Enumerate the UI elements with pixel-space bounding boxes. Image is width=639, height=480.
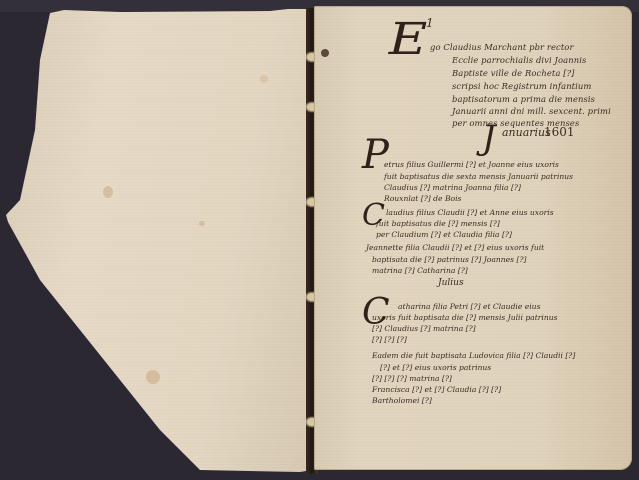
entry-line: per Claudium [?] et Claudia filia [?] bbox=[376, 230, 512, 239]
header-line: scripsi hoc Registrum infantium bbox=[452, 81, 591, 91]
entry-line: Rouxnlat [?] de Bois bbox=[384, 194, 461, 203]
entry-line: [?] [?] [?] bbox=[372, 335, 407, 344]
header-line: baptisatorum a prima die mensis bbox=[452, 94, 595, 104]
foxing-stain bbox=[260, 75, 268, 83]
month-initial: J bbox=[482, 118, 496, 158]
foxing-stain bbox=[199, 221, 205, 226]
entry-line: Claudius [?] matrina Joanna filia [?] bbox=[384, 183, 521, 192]
entry-line: baptisata die [?] patrinus [?] Joannes [… bbox=[372, 255, 526, 264]
entry-line: atharina filia Petri [?] et Claudie eius bbox=[398, 302, 540, 311]
entry-line: [?] et [?] eius uxoris patrinus bbox=[380, 363, 491, 372]
entry-line: fuit baptisatus die sexta mensis Januari… bbox=[384, 172, 573, 181]
entry-line: Francisca [?] et [?] Claudia [?] [?] bbox=[372, 385, 501, 394]
entry-line: fuit baptisatus die [?] mensis [?] bbox=[376, 219, 500, 228]
entry-line: [?] [?] [?] matrina [?] bbox=[372, 374, 452, 383]
entry-line: Bartholomei [?] bbox=[372, 396, 432, 405]
entry-line: uxoris fuit baptisata die [?] mensis Jul… bbox=[372, 313, 558, 322]
header-line: go Claudius Marchant pbr rector bbox=[430, 42, 574, 52]
year-heading: 1601 bbox=[544, 125, 575, 139]
month-section-heading: Julius bbox=[438, 278, 464, 288]
foxing-stain bbox=[146, 370, 160, 384]
decorated-initial: E bbox=[389, 14, 428, 65]
entry-line: matrina [?] Catharina [?] bbox=[372, 266, 468, 275]
left-folded-leaf bbox=[0, 0, 314, 480]
entry-line: [?] Claudius [?] matrina [?] bbox=[372, 324, 476, 333]
entry-line: laudius filius Claudii [?] et Anne eius … bbox=[386, 208, 554, 217]
entry-line: Eadem die fuit baptisata Ludovica filia … bbox=[372, 351, 575, 360]
entry-line: Jeannette filia Claudii [?] et [?] eius … bbox=[366, 243, 544, 252]
header-line: Ecclie parrochialis divi Joannis bbox=[452, 55, 586, 65]
foxing-stain bbox=[103, 186, 113, 198]
header-line: Januarii anni dni mill. sexcent. primi bbox=[452, 106, 611, 116]
entry-line: etrus filius Guillermi [?] et Joanne eiu… bbox=[384, 160, 559, 169]
binding-hole bbox=[321, 49, 329, 57]
header-line: Baptiste ville de Rocheta [?] bbox=[452, 68, 575, 78]
